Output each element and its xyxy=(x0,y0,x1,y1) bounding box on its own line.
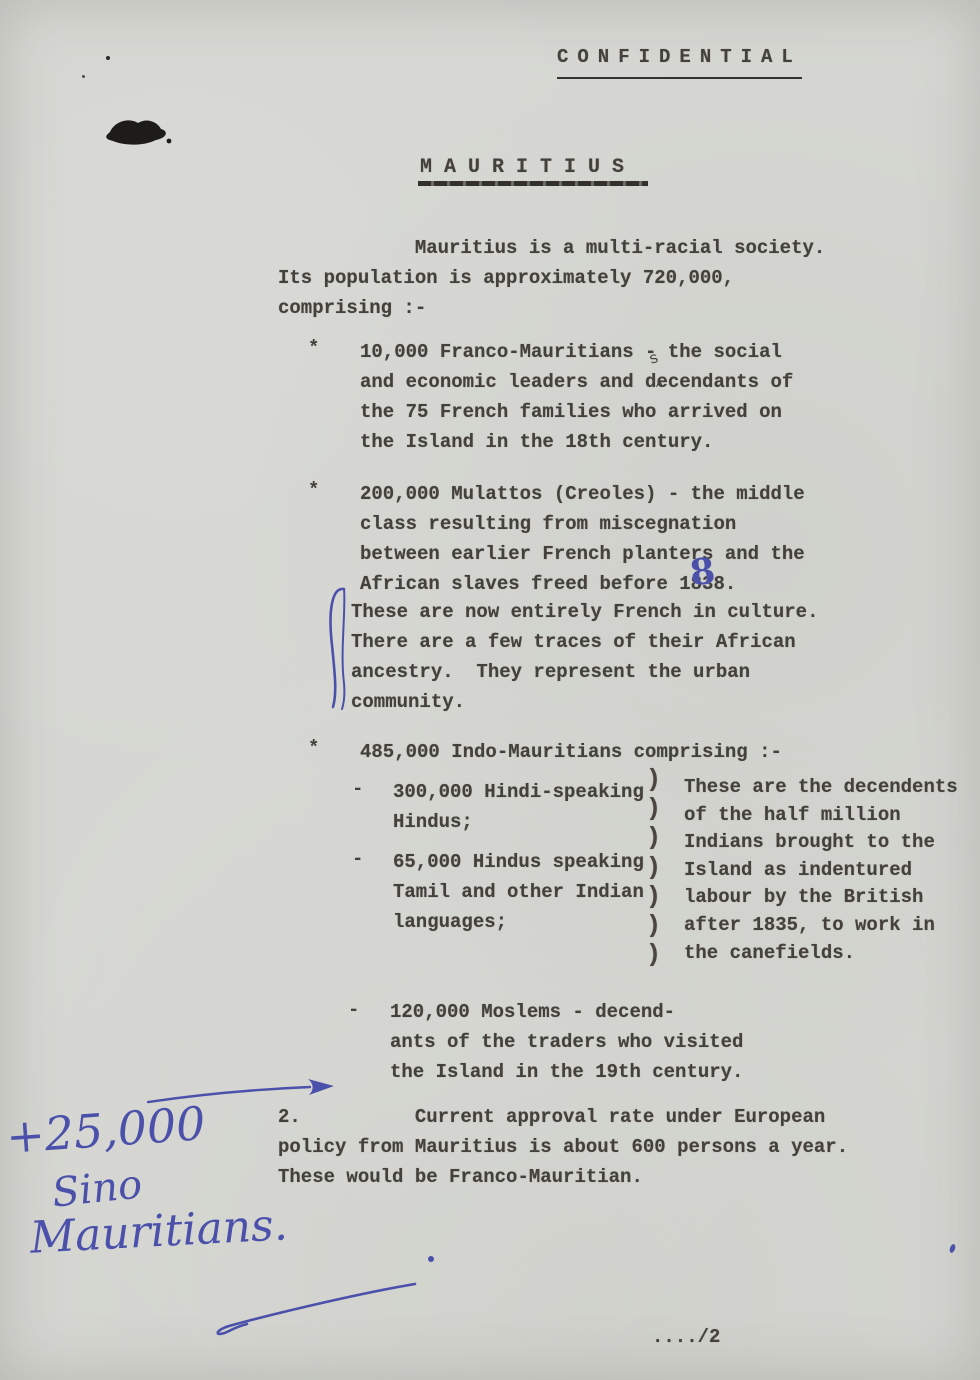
page-continuation-marker: ..../2 xyxy=(652,1322,720,1352)
intro-paragraph: Mauritius is a multi-racial society. Its… xyxy=(278,233,825,323)
blue-margin-bracket xyxy=(318,583,352,713)
ink-speck xyxy=(106,56,110,60)
blue-flourish-underline xyxy=(195,1272,430,1337)
handwritten-eight-correction: 8 xyxy=(688,550,718,595)
paragraph-2-approval-rate: 2. Current approval rate under European … xyxy=(278,1102,848,1192)
bullet-asterisk: * xyxy=(308,737,319,759)
sublist-tamil-speaking: 65,000 Hindus speaking Tamil and other I… xyxy=(393,847,644,937)
handwritten-plus-25000: +25,000 xyxy=(4,1096,207,1164)
bullet-franco-mauritians: 10,000 Franco-Mauritians - the social an… xyxy=(360,337,793,457)
indentured-labour-note: These are the decendents of the half mil… xyxy=(684,774,958,967)
creole-culture-note: These are now entirely French in culture… xyxy=(351,597,818,717)
classification-header: CONFIDENTIAL xyxy=(557,42,802,79)
blue-ink-dot xyxy=(428,1256,434,1262)
page-title: MAURITIUS xyxy=(420,153,636,183)
blue-ink-speck xyxy=(949,1243,957,1253)
sublist-hindi-speaking: 300,000 Hindi-speaking Hindus; xyxy=(393,777,644,837)
bullet-mulattos-creoles: 200,000 Mulattos (Creoles) - the middle … xyxy=(360,479,805,599)
insertion-caret: ^ xyxy=(655,378,664,395)
dash-marker: - xyxy=(348,999,359,1021)
bullet-indo-mauritians: 485,000 Indo-Mauritians comprising :- xyxy=(360,737,782,767)
sublist-moslems: 120,000 Moslems - decend- ants of the tr… xyxy=(390,997,743,1087)
dash-marker: - xyxy=(352,778,363,800)
typed-brace: ) ) ) ) ) ) ) xyxy=(646,765,661,969)
dash-marker: - xyxy=(352,848,363,870)
scanned-document-page: CONFIDENTIAL MAURITIUS Mauritius is a mu… xyxy=(0,0,980,1380)
bullet-asterisk: * xyxy=(308,337,319,359)
ink-speck xyxy=(82,75,85,78)
bullet-asterisk: * xyxy=(308,479,319,501)
title-underline xyxy=(418,181,648,186)
ink-blot xyxy=(100,112,180,154)
